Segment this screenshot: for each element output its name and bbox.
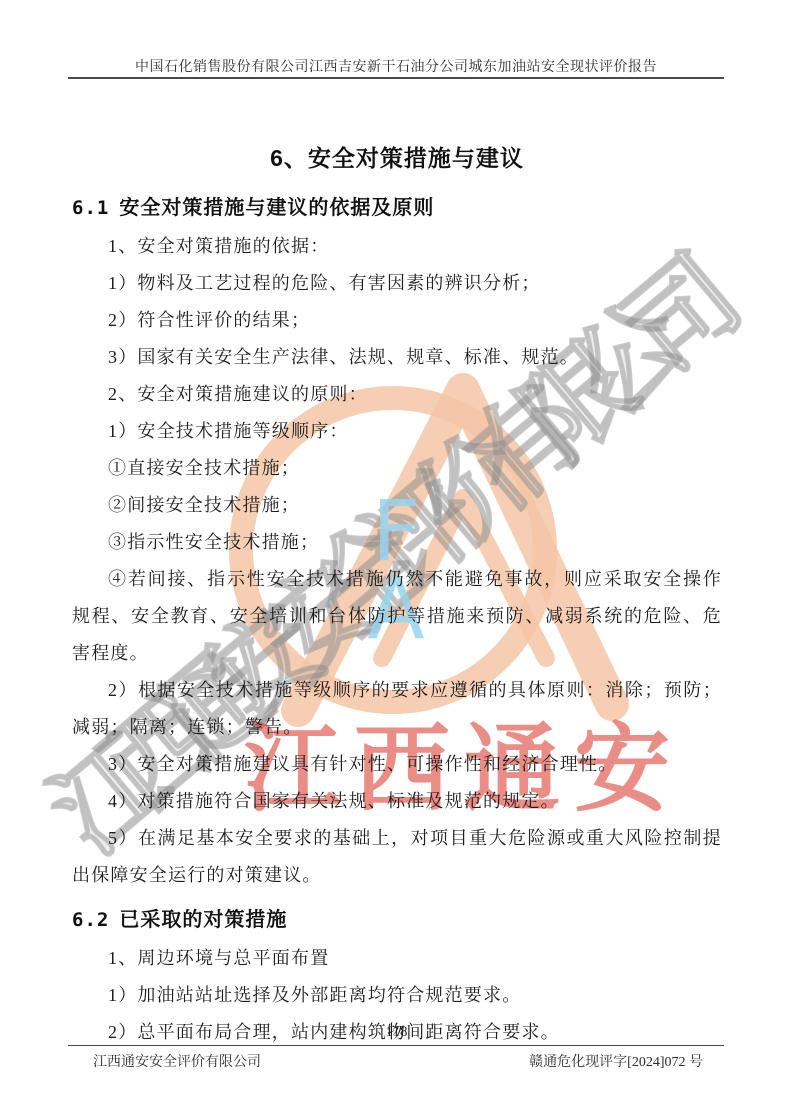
paragraph: ④若间接、指示性安全技术措施仍然不能避免事故，则应采取安全操作规程、安全教育、安… — [72, 561, 722, 672]
section-heading-text: 安全对策措施与建议的依据及原则 — [119, 197, 434, 219]
paragraph: 2）根据安全技术措施等级顺序的要求应遵循的具体原则：消除；预防；减弱；隔离；连锁… — [72, 672, 722, 746]
footer-doc-number: 赣通危化现评字[2024]072 号 — [529, 1051, 703, 1071]
paragraph: 4）对策措施符合国家有关法规、标准及规范的规定。 — [72, 783, 722, 820]
section-heading-6-1: 6.1安全对策措施与建议的依据及原则 — [72, 192, 722, 224]
paragraph: 1）物料及工艺过程的危险、有害因素的辨识分析； — [72, 265, 722, 302]
header-rule — [68, 77, 724, 79]
paragraph: ①直接安全技术措施； — [72, 450, 722, 487]
section-heading-text: 已采取的对策措施 — [119, 909, 287, 931]
page-footer: 江西通安安全评价有限公司 赣通危化现评字[2024]072 号 — [93, 1051, 703, 1071]
footer-company: 江西通安安全评价有限公司 — [93, 1051, 261, 1071]
paragraph: ③指示性安全技术措施； — [72, 524, 722, 561]
paragraph: 3）安全对策措施建议具有针对性、可操作性和经济合理性。 — [72, 746, 722, 783]
report-page: 江西通安安全评价有限公司 FA 江西通安 中国石化销售股份有限公司江西吉安新干石… — [0, 0, 793, 1120]
page-header: 中国石化销售股份有限公司江西吉安新干石油分公司城东加油站安全现状评价报告 — [68, 56, 724, 76]
paragraph: 2）符合性评价的结果； — [72, 302, 722, 339]
section-number: 6.1 — [72, 197, 109, 219]
paragraph: 1）加油站站址选择及外部距离均符合规范要求。 — [72, 977, 722, 1014]
section-paragraphs-6-1: 1、安全对策措施的依据：1）物料及工艺过程的危险、有害因素的辨识分析；2）符合性… — [72, 228, 722, 894]
section-heading-6-2: 6.2已采取的对策措施 — [72, 904, 722, 936]
paragraph: 1）安全技术措施等级顺序： — [72, 413, 722, 450]
section-number: 6.2 — [72, 909, 109, 931]
document-body: 6、安全对策措施与建议 6.1安全对策措施与建议的依据及原则 1、安全对策措施的… — [72, 140, 722, 1051]
chapter-title: 6、安全对策措施与建议 — [72, 140, 722, 176]
footer-rule — [68, 1045, 724, 1046]
paragraph: ②间接安全技术措施； — [72, 487, 722, 524]
paragraph: 1、周边环境与总平面布置 — [72, 940, 722, 977]
paragraph: 1、安全对策措施的依据： — [72, 228, 722, 265]
paragraph: 3）国家有关安全生产法律、法规、规章、标准、规范。 — [72, 339, 722, 376]
paragraph: 5）在满足基本安全要求的基础上，对项目重大危险源或重大风险控制提出保障安全运行的… — [72, 820, 722, 894]
paragraph: 2、安全对策措施建议的原则： — [72, 376, 722, 413]
page-number: 118 — [0, 1024, 793, 1041]
